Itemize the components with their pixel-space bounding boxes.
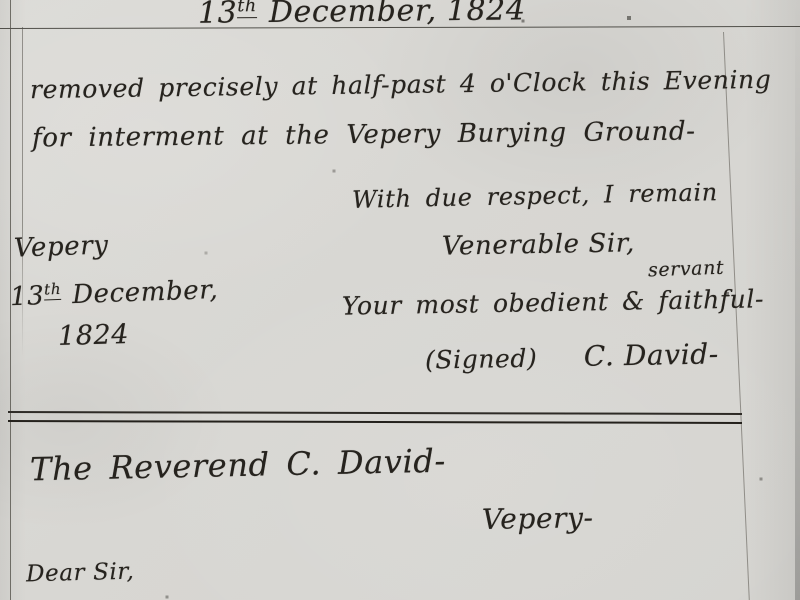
manuscript-page: 13th December, 1824 removed precisely at… xyxy=(0,0,800,600)
scan-edge-shadow xyxy=(795,0,800,600)
signed-line: (Signed) C. David- xyxy=(425,337,719,375)
dateline-month: December, xyxy=(63,275,219,310)
body-line-1: removed precisely at half-past 4 o'Clock… xyxy=(30,65,772,104)
address-addressee: The Reverend C. David- xyxy=(30,442,447,489)
closing-respect-line: With due respect, I remain xyxy=(352,178,718,214)
dateline-place: Vepery xyxy=(14,230,110,263)
body-line-2: for interment at the Vepery Burying Grou… xyxy=(32,117,696,154)
paper-speckles xyxy=(0,0,2,2)
dateline-year: 1824 xyxy=(58,319,130,352)
signature: C. David- xyxy=(584,337,719,372)
signed-word: (Signed) xyxy=(425,344,538,375)
section-divider-double-rule xyxy=(8,411,742,424)
right-frame-line xyxy=(723,32,750,600)
header-day: 13 xyxy=(198,0,238,31)
address-place: Vepery- xyxy=(482,501,594,536)
header-ordinal: th xyxy=(237,0,257,18)
address-salutation: Dear Sir, xyxy=(26,559,135,588)
dateline-ordinal: th xyxy=(44,280,62,301)
closing-salutation: Venerable Sir, xyxy=(442,228,635,261)
dateline-date: 13th December, xyxy=(10,274,219,312)
header-date-line: 13th December, 1824 xyxy=(198,0,526,31)
closing-servant-word: servant xyxy=(648,257,725,282)
closing-obedient-line: Your most obedient & faithful- xyxy=(342,284,764,320)
dateline-day: 13 xyxy=(10,281,45,312)
header-rest: December, 1824 xyxy=(259,0,526,30)
